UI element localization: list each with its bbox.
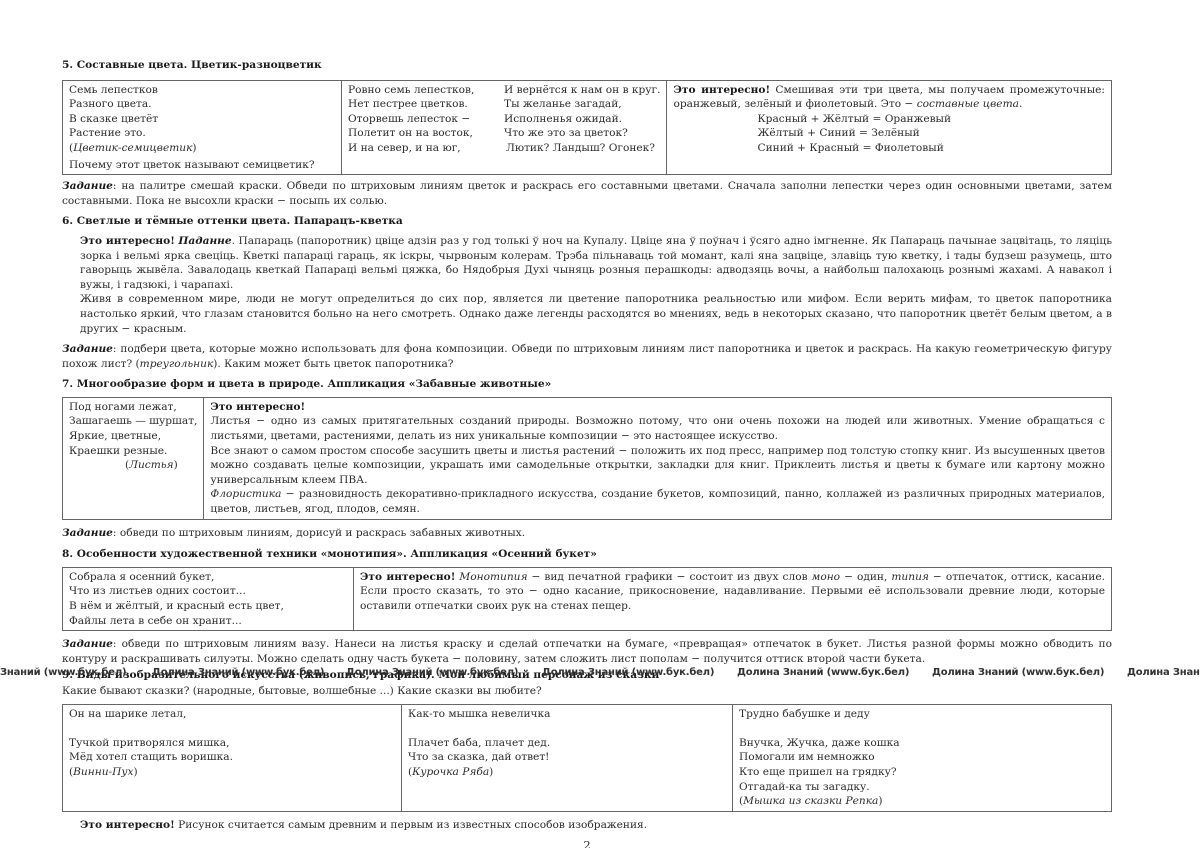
section6-task: Задание: подбери цвета, которые можно ис… [62,342,1112,371]
interesting-paragraph: Все знают о самом простом способе засуши… [210,444,1105,488]
watermark-text: Долина Знаний (www.бук.бел) [542,666,714,681]
poem-column-2: И вернётся к нам он в круг. Ты желанье з… [504,83,660,156]
interesting-paragraph: Листья − одно из самых притягательных со… [210,414,1105,443]
interesting-note: Это интересно! Смешивая эти три цвета, м… [673,83,1105,112]
interesting-label: Это интересно! [210,400,1105,415]
interesting-note: Это интересно! Монотипия − вид печатной … [360,570,1105,614]
section9-interesting: Это интересно! Рисунок считается самым д… [62,818,1112,833]
section6-legend: Это интересно! Паданне. Папараць (папоро… [62,234,1112,336]
section8-interesting-cell: Это интересно! Монотипия − вид печатной … [354,567,1112,630]
riddle-line: Семь лепестков [69,83,335,98]
section8-title: 8. Особенности художественной техники «м… [62,547,1112,562]
watermark-text: Долина Знаний (www.бук.бел) [932,666,1104,681]
section5-interesting-cell: Это интересно! Смешивая эти три цвета, м… [667,80,1112,175]
riddle-cell-ryaba: Как-то мышка невеличка Плачет баба, плач… [402,704,733,811]
section8-task: Задание: обведи по штриховым линиям вазу… [62,637,1112,666]
section9-question: Какие бывают сказки? (народные, бытовые,… [62,684,1112,699]
watermark-text: Долина Знаний (www.бук.бел) [152,666,324,681]
section5-title: 5. Составные цвета. Цветик-разноцветик [62,58,1112,73]
section8-poem-cell: Собрала я осенний букет, Что из листьев … [63,567,354,630]
section9-table: Он на шарике летал, Тучкой притворялся м… [62,704,1112,812]
page-number: 2 [62,838,1112,848]
watermark-text: Долина Знаний (www.бук.бел) [346,666,518,681]
section7-interesting-cell: Это интересно! Листья − одно из самых пр… [204,397,1112,519]
section5-task: Задание: на палитре смешай краски. Обвед… [62,179,1112,208]
interesting-paragraph: Флористика − разновидность декоративно-п… [210,487,1105,516]
section7-task: Задание: обведи по штриховым линиям, дор… [62,526,1112,541]
section7-title: 7. Многообразие форм и цвета в природе. … [62,377,1112,392]
section7-riddle-cell: Под ногами лежат, Зашагаешь — шуршат, Яр… [63,397,204,519]
riddle-cell-winnie: Он на шарике летал, Тучкой притворялся м… [63,704,402,811]
watermark-text: Долина Знаний (www.бук.бел) [737,666,909,681]
modern-paragraph: Живя в современном мире, люди не могут о… [80,292,1112,336]
section5-riddle-cell: Семь лепестков Разного цвета. В сказке ц… [63,80,342,175]
watermark-text: Знаний (www.бук.бел) [0,666,126,681]
section7-table: Под ногами лежат, Зашагаешь — шуршат, Яр… [62,397,1112,520]
riddle-line: Растение это. [69,126,335,141]
document-page: 5. Составные цвета. Цветик-разноцветик С… [62,58,1112,848]
legend-paragraph: Это интересно! Паданне. Папараць (папоро… [80,234,1112,292]
watermark-text: Долина Знан [1127,666,1200,681]
riddle-answer: (Цветик-семицветик) [69,141,335,156]
poem-column-1: Ровно семь лепестков, Нет пестрее цветко… [348,83,504,156]
riddle-line: В сказке цветёт [69,112,335,127]
color-formulas: Красный + Жёлтый = Оранжевый Жёлтый + Си… [673,112,1105,156]
section5-table: Семь лепестков Разного цвета. В сказке ц… [62,80,1112,176]
riddle-question: Почему этот цветок называют семицветик? [69,158,335,173]
section8-table: Собрала я осенний букет, Что из листьев … [62,567,1112,631]
section5-poem-cell: Ровно семь лепестков, Нет пестрее цветко… [342,80,667,175]
riddle-line: Разного цвета. [69,97,335,112]
section6-title: 6. Светлые и тёмные оттенки цвета. Папар… [62,214,1112,229]
riddle-cell-repka: Трудно бабушке и деду Внучка, Жучка, даж… [733,704,1112,811]
